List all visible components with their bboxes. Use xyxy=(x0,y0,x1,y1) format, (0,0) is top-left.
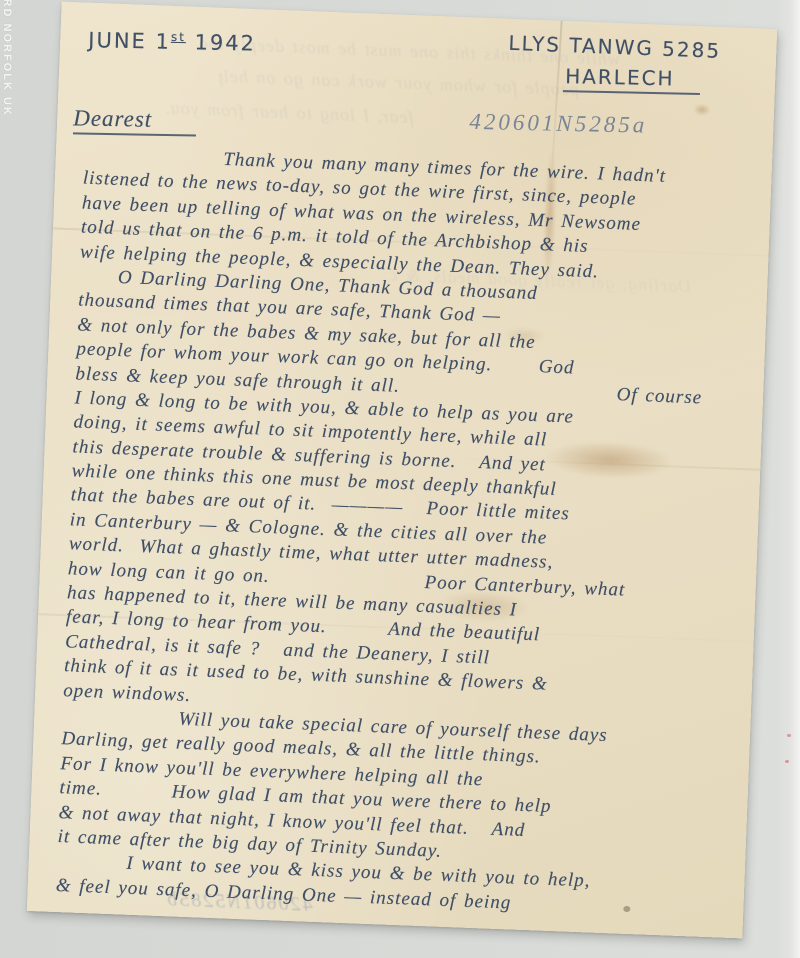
scan-background: ORD NORFOLK UK while one thinks this one… xyxy=(0,0,800,958)
scanner-edge-watermark: ORD NORFOLK UK xyxy=(1,0,13,117)
paper-edge-mark xyxy=(785,760,789,763)
archive-reference: 420601N5285a xyxy=(469,109,647,139)
date-ordinal: st xyxy=(171,30,186,44)
salutation: Dearest xyxy=(73,105,196,136)
date-year: 1942 xyxy=(194,30,256,55)
stain xyxy=(694,104,710,116)
address-line-2: HARLECH xyxy=(563,64,701,95)
sender-address: LLYS TANWG 5285 HARLECH xyxy=(507,31,722,97)
date-day: JUNE 1 xyxy=(88,28,171,54)
letter-date: JUNE 1st 1942 xyxy=(88,28,256,56)
paper-edge-mark xyxy=(787,734,791,737)
letter-body: Thank you many many times for the wire. … xyxy=(55,143,760,925)
letter-paper: while one thinks this one must be most d… xyxy=(27,2,777,939)
address-line-1: LLYS TANWG 5285 xyxy=(508,31,721,63)
scan-edge-strip xyxy=(790,0,800,958)
